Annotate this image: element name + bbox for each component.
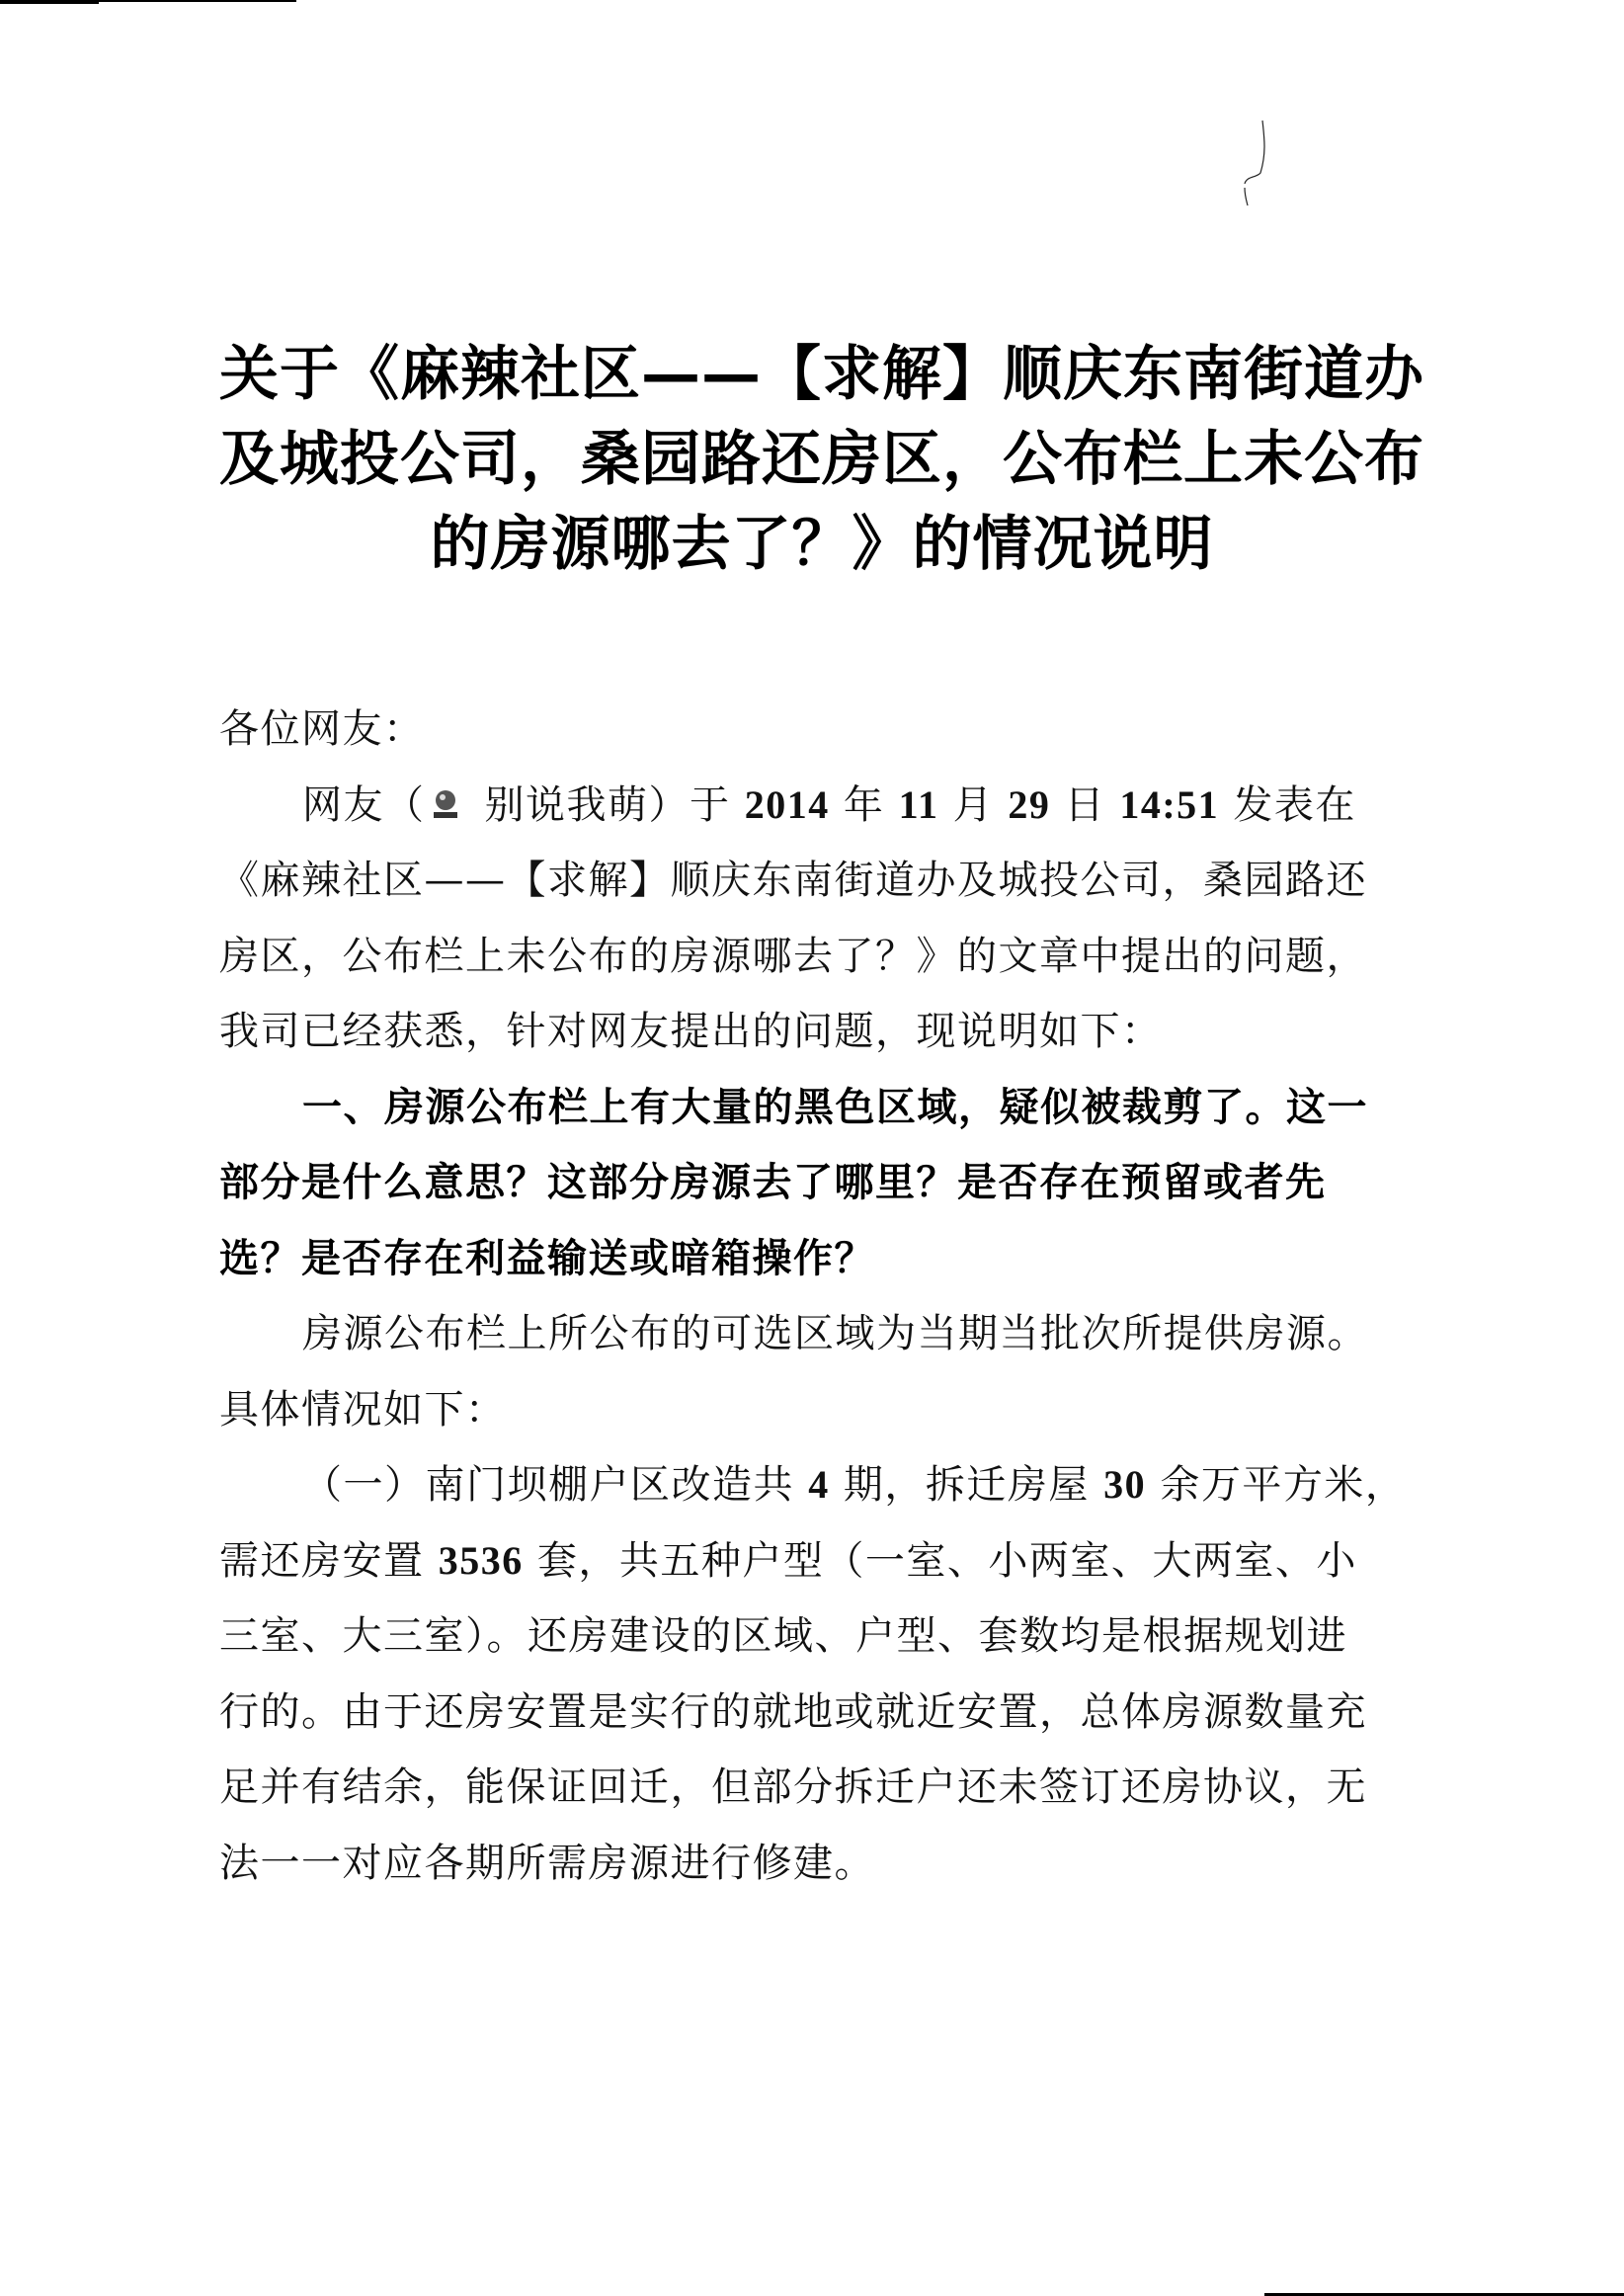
question-one-line-3: 选？是否存在利益输送或暗箱操作？ [219, 1221, 1424, 1297]
title-line-1: 关于《麻辣社区——【求解】顺庆东南街道办 [219, 332, 1424, 417]
item-one-line-5: 足并有结余，能保证回迁，但部分拆迁户还未签订还房协议，无 [219, 1750, 1424, 1826]
item-one-line-4: 行的。由于还房安置是实行的就地或就近安置，总体房源数量充 [219, 1675, 1424, 1751]
intro-line-2: 《麻辣社区——【求解】顺庆东南街道办及城投公司，桑园路还 [219, 843, 1424, 919]
document-body: 各位网友： 网友（ 别说我萌）于 2014 年 11 月 29 日 14:51 … [219, 692, 1424, 1901]
user-avatar-icon [428, 786, 463, 822]
month-unit: 月 [938, 782, 1008, 828]
intro-text: ）于 [649, 782, 745, 828]
item-one-line-1: （一）南门坝棚户区改造共 4 期，拆迁房屋 30 余万平方米， [219, 1447, 1424, 1523]
question-one-line-1: 一、房源公布栏上有大量的黑色区域，疑似被裁剪了。这一 [219, 1070, 1424, 1146]
document-title: 关于《麻辣社区——【求解】顺庆东南街道办 及城投公司，桑园路还房区，公布栏上未公… [219, 332, 1424, 587]
intro-line-3: 房区，公布栏上未公布的房源哪去了？》的文章中提出的问题， [219, 919, 1424, 995]
title-line-3: 的房源哪去了？》的情况说明 [219, 502, 1424, 587]
scan-edge-line-top [0, 0, 296, 2]
post-time: 14:51 [1119, 782, 1219, 827]
post-month: 11 [899, 782, 939, 827]
item-one-text: 套，共五种户型（一室、小两室、大两室、小 [524, 1538, 1357, 1584]
username: 别说我萌 [485, 782, 649, 828]
post-year: 2014 [745, 782, 830, 827]
intro-line-1: 网友（ 别说我萌）于 2014 年 11 月 29 日 14:51 发表在 [219, 768, 1424, 844]
pen-mark-decoration [1233, 119, 1272, 207]
item-one-line-3: 三室、大三室）。还房建设的区域、户型、套数均是根据规划进 [219, 1599, 1424, 1675]
answer-intro-line-2: 具体情况如下： [219, 1372, 1424, 1448]
item-one-text: 余万平方米， [1146, 1462, 1406, 1508]
year-unit: 年 [830, 782, 899, 828]
post-day: 29 [1008, 782, 1050, 827]
intro-suffix: 发表在 [1219, 782, 1356, 828]
item-one-line-6: 法一一对应各期所需房源进行修建。 [219, 1826, 1424, 1902]
item-one-text: 期，拆迁房屋 [830, 1462, 1103, 1508]
answer-intro-line-1: 房源公布栏上所公布的可选区域为当期当批次所提供房源。 [219, 1296, 1424, 1372]
salutation: 各位网友： [219, 692, 1424, 768]
item-one-text: （一）南门坝棚户区改造共 [302, 1462, 808, 1508]
question-one-line-2: 部分是什么意思？这部分房源去了哪里？是否存在预留或者先 [219, 1145, 1424, 1221]
day-unit: 日 [1050, 782, 1119, 828]
demolition-area: 30 [1103, 1462, 1146, 1507]
phase-count: 4 [808, 1462, 830, 1507]
title-line-2: 及城投公司，桑园路还房区，公布栏上未公布 [219, 417, 1424, 502]
item-one-line-2: 需还房安置 3536 套，共五种户型（一室、小两室、大两室、小 [219, 1523, 1424, 1599]
item-one-text: 需还房安置 [219, 1538, 439, 1584]
unit-count: 3536 [439, 1538, 524, 1583]
intro-line-4: 我司已经获悉，针对网友提出的问题，现说明如下： [219, 994, 1424, 1070]
intro-prefix: 网友（ [302, 782, 426, 828]
